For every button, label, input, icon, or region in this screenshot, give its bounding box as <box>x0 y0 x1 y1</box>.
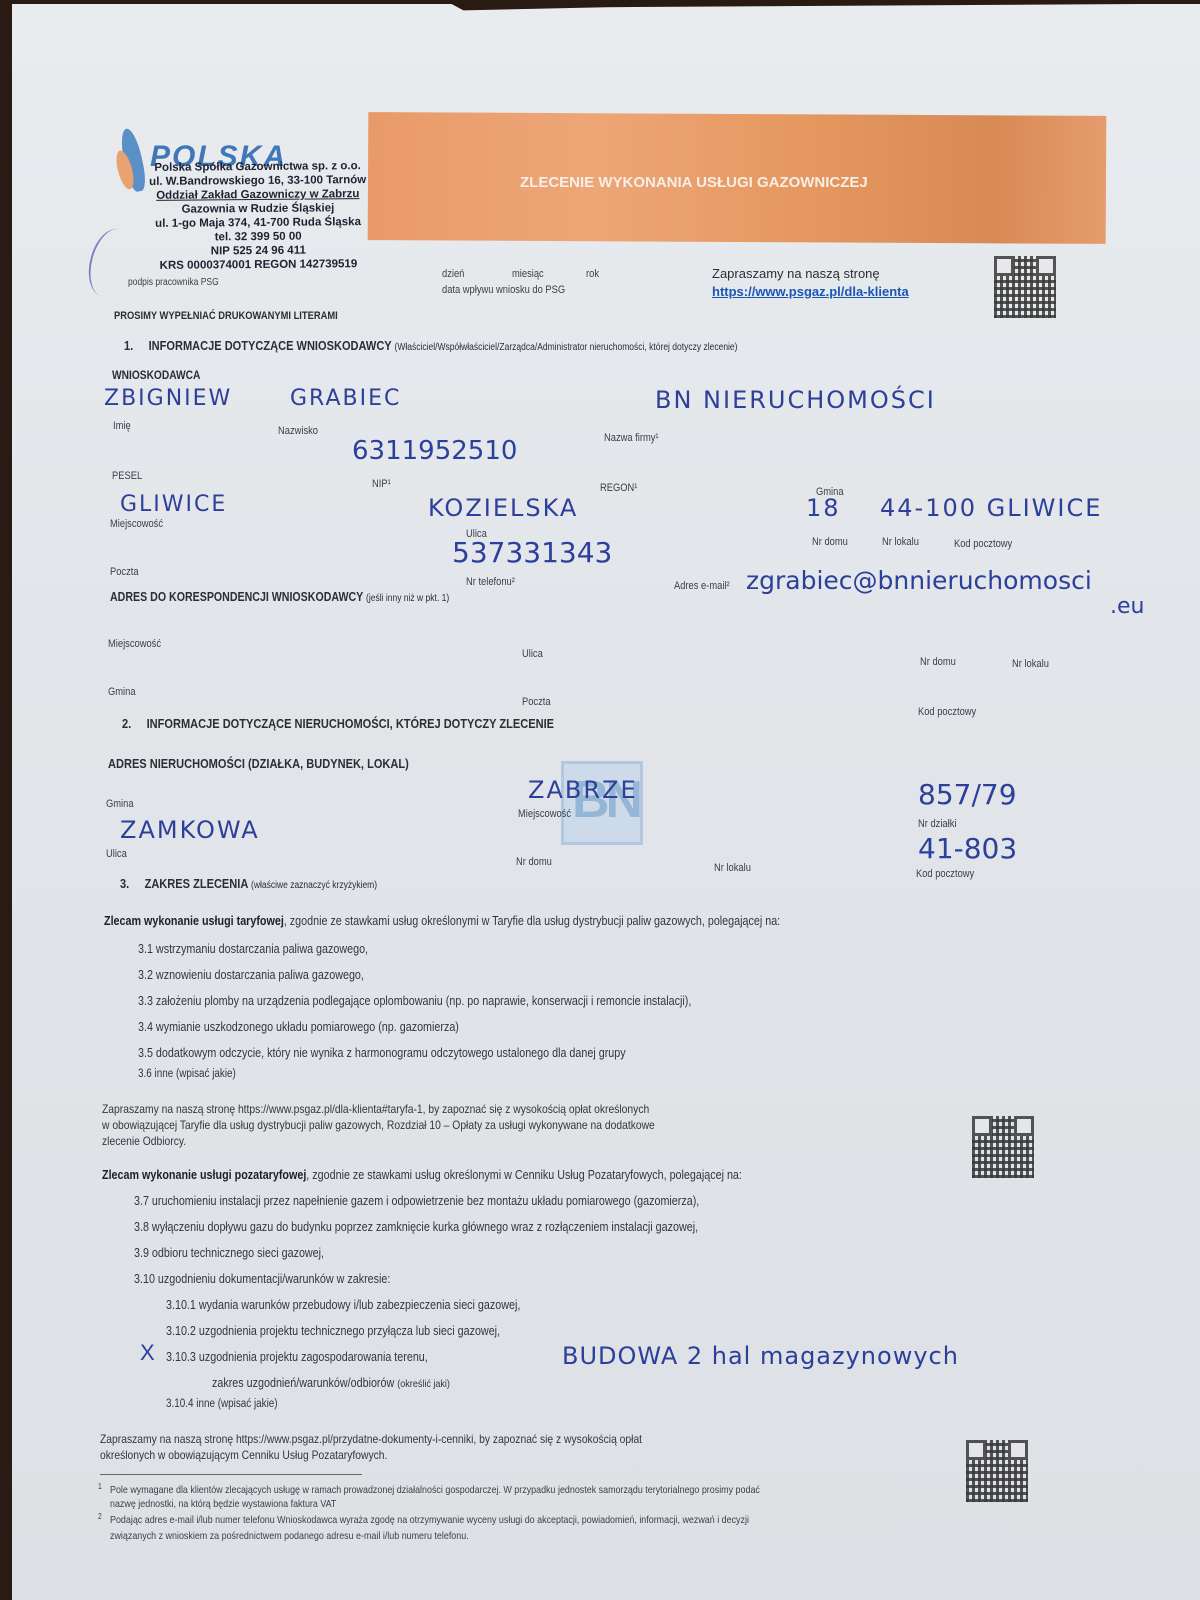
post-office-label: Poczta <box>110 566 139 578</box>
corr-post-office-label: Poczta <box>522 696 551 708</box>
correspondence-note: (jeśli inny niż w pkt. 1) <box>366 593 449 604</box>
footnote-divider <box>100 1474 362 1475</box>
email-value-continued[interactable]: .eu <box>1110 594 1144 619</box>
scope-label: zakres uzgodnień/warunków/odbiorów (okre… <box>212 1376 450 1390</box>
property-address-heading: ADRES NIERUCHOMOŚCI (DZIAŁKA, BUDYNEK, L… <box>108 756 409 771</box>
property-city-label: Miejscowość <box>518 808 571 820</box>
scope-note: (określić jaki) <box>397 1378 450 1390</box>
qr-code-icon[interactable] <box>972 1116 1034 1178</box>
apartment-number-label: Nr lokalu <box>882 536 919 548</box>
tariff-lead: Zlecam wykonanie usługi taryfowej, zgodn… <box>104 914 780 928</box>
tariff-option-3-1[interactable]: 3.1 wstrzymaniu dostarczania paliwa gazo… <box>138 942 368 956</box>
section-title: INFORMACJE DOTYCZĄCE NIERUCHOMOŚCI, KTÓR… <box>147 716 554 731</box>
invite-text: Zapraszamy na naszą stronę <box>712 266 880 281</box>
pesel-label: PESEL <box>112 470 142 482</box>
tariff-option-3-4[interactable]: 3.4 wymianie uszkodzonego układu pomiaro… <box>138 1020 459 1034</box>
stamp-line: Oddział Zakład Gazowniczy w Zabrzu <box>128 187 388 203</box>
footnote-line: nazwę jednostki, na którą będzie wystawi… <box>110 1498 336 1510</box>
corr-house-number-label: Nr domu <box>920 656 956 668</box>
company-name-value[interactable]: BN NIERUCHOMOŚCI <box>655 386 936 414</box>
tariff-option-3-5[interactable]: 3.5 dodatkowym odczycie, który nie wynik… <box>138 1046 626 1060</box>
property-postal-code-value[interactable]: 41-803 <box>918 832 1017 865</box>
footnote-line: Podając adres e-mail i/lub numer telefon… <box>110 1514 749 1526</box>
corr-street-label: Ulica <box>522 648 543 660</box>
section-2-heading: 2. INFORMACJE DOTYCZĄCE NIERUCHOMOŚCI, K… <box>122 716 554 731</box>
section-number: 1. <box>124 338 133 353</box>
non-tariff-option-3-10-1[interactable]: 3.10.1 wydania warunków przebudowy i/lub… <box>166 1298 520 1312</box>
applicant-heading: WNIOSKODAWCA <box>112 368 200 382</box>
date-year-label: rok <box>586 268 599 280</box>
non-tariff-info-line: określonych w obowiązującym Cenniku Usłu… <box>100 1448 387 1462</box>
qr-code-icon[interactable] <box>994 256 1056 318</box>
corr-city-label: Miejscowość <box>108 638 161 650</box>
section-title: INFORMACJE DOTYCZĄCE WNIOSKODAWCY <box>149 338 392 353</box>
property-street-value[interactable]: ZAMKOWA <box>120 816 260 844</box>
footnote-line: związanych z wnioskiem za pośrednictwem … <box>110 1530 469 1542</box>
house-number-value[interactable]: 18 <box>806 494 841 522</box>
phone-label: Nr telefonu² <box>466 576 515 588</box>
non-tariff-option-3-7[interactable]: 3.7 uruchomieniu instalacji przez napełn… <box>134 1194 699 1208</box>
property-postal-code-label: Kod pocztowy <box>916 868 974 880</box>
plot-number-label: Nr działki <box>918 818 956 830</box>
city-value[interactable]: GLIWICE <box>120 492 227 517</box>
nip-value[interactable]: 6311952510 <box>352 436 517 466</box>
email-value[interactable]: zgrabiec@bnnieruchomosci <box>746 566 1092 595</box>
section-number: 2. <box>122 716 131 731</box>
tariff-option-3-6[interactable]: 3.6 inne (wpisać jakie) <box>138 1068 236 1080</box>
non-tariff-option-3-9[interactable]: 3.9 odbioru technicznego sieci gazowej, <box>134 1246 324 1260</box>
non-tariff-info-line: Zapraszamy na naszą stronę https://www.p… <box>100 1432 642 1446</box>
postal-code-label: Kod pocztowy <box>954 538 1012 550</box>
scope-handwritten-value[interactable]: BUDOWA 2 hal magazynowych <box>562 1342 959 1370</box>
section-subtitle: (Właściciel/Współwłaściciel/Zarządca/Adm… <box>395 342 738 353</box>
company-stamp: Polska Spółka Gazownictwa sp. z o.o. ul.… <box>128 159 389 273</box>
last-name-value[interactable]: GRABIEC <box>290 386 401 411</box>
tariff-option-3-2[interactable]: 3.2 wznowieniu dostarczania paliwa gazow… <box>138 968 364 982</box>
property-street-label: Ulica <box>106 848 127 860</box>
date-day-label: dzień <box>442 268 464 280</box>
client-page-link[interactable]: https://www.psgaz.pl/dla-klienta <box>712 284 909 299</box>
company-name-label: Nazwa firmy¹ <box>604 432 659 444</box>
property-apartment-label: Nr lokalu <box>714 862 751 874</box>
non-tariff-lead-bold: Zlecam wykonanie usługi pozataryfowej <box>102 1168 306 1182</box>
phone-value[interactable]: 537331343 <box>452 536 612 569</box>
correspondence-title: ADRES DO KORESPONDENCJI WNIOSKODAWCY <box>110 590 363 604</box>
section-1-heading: 1. INFORMACJE DOTYCZĄCE WNIOSKODAWCY (Wł… <box>124 338 738 353</box>
property-city-value[interactable]: ZABRZE <box>528 776 638 804</box>
tariff-lead-rest: , zgodnie ze stawkami usług określonymi … <box>284 914 780 928</box>
section-3-heading: 3. ZAKRES ZLECENIA (właściwe zaznaczyć k… <box>120 876 377 891</box>
correspondence-heading: ADRES DO KORESPONDENCJI WNIOSKODAWCY (je… <box>110 590 449 604</box>
section-number: 3. <box>120 876 129 891</box>
non-tariff-option-3-10-3[interactable]: 3.10.3 uzgodnienia projektu zagospodarow… <box>166 1350 428 1364</box>
first-name-value[interactable]: ZBIGNIEW <box>104 386 232 411</box>
plot-number-value[interactable]: 857/79 <box>918 778 1017 811</box>
footnote-mark: 1 <box>98 1482 102 1491</box>
section-title: ZAKRES ZLECENIA <box>145 876 248 891</box>
tariff-option-3-3[interactable]: 3.3 założeniu plomby na urządzenia podle… <box>138 994 691 1008</box>
footnote-line: Pole wymagane dla klientów zlecających u… <box>110 1484 760 1496</box>
non-tariff-option-3-10[interactable]: 3.10 uzgodnieniu dokumentacji/warunków w… <box>134 1272 390 1286</box>
non-tariff-option-3-8[interactable]: 3.8 wyłączeniu dopływu gazu do budynku p… <box>134 1220 698 1234</box>
stamp-line: KRS 0000374001 REGON 142739519 <box>128 257 388 273</box>
scope-label-text: zakres uzgodnień/warunków/odbiorów <box>212 1376 394 1390</box>
property-house-number-label: Nr domu <box>516 856 552 868</box>
qr-code-icon[interactable] <box>966 1440 1028 1502</box>
non-tariff-option-3-10-2[interactable]: 3.10.2 uzgodnienia projektu technicznego… <box>166 1324 500 1338</box>
street-value[interactable]: KOZIELSKA <box>428 494 578 522</box>
corr-postal-code-label: Kod pocztowy <box>918 706 976 718</box>
non-tariff-lead-rest: , zgodnie ze stawkami usług określonymi … <box>306 1168 742 1182</box>
tariff-info-line: Zapraszamy na naszą stronę https://www.p… <box>102 1102 649 1116</box>
property-gmina-label: Gmina <box>106 798 134 810</box>
tariff-lead-bold: Zlecam wykonanie usługi taryfowej <box>104 914 284 928</box>
house-number-label: Nr domu <box>812 536 848 548</box>
nip-label: NIP¹ <box>372 478 391 490</box>
fill-instruction: PROSIMY WYPEŁNIAĆ DRUKOWANYMI LITERAMI <box>114 310 338 322</box>
city-label: Miejscowość <box>110 518 163 530</box>
date-received-caption: data wpływu wniosku do PSG <box>442 284 565 296</box>
signature-caption: podpis pracownika PSG <box>128 277 219 288</box>
tariff-info-line: zlecenie Odbiorcy. <box>102 1134 186 1148</box>
regon-label: REGON¹ <box>600 482 637 494</box>
form-title: ZLECENIE WYKONANIA USŁUGI GAZOWNICZEJ <box>520 174 868 191</box>
non-tariff-lead: Zlecam wykonanie usługi pozataryfowej, z… <box>102 1168 742 1182</box>
tariff-info-line: w obowiązującej Taryfie dla usług dystry… <box>102 1118 655 1132</box>
first-name-label: Imię <box>113 420 131 432</box>
checked-x-mark[interactable]: X <box>140 1340 155 1366</box>
non-tariff-option-3-10-4[interactable]: 3.10.4 inne (wpisać jakie) <box>166 1398 278 1410</box>
stamp-line: ul. 1-go Maja 374, 41-700 Ruda Śląska <box>128 215 388 231</box>
email-label: Adres e-mail² <box>674 580 730 592</box>
section-note: (właściwe zaznaczyć krzyżykiem) <box>251 880 377 891</box>
corr-gmina-label: Gmina <box>108 686 136 698</box>
last-name-label: Nazwisko <box>278 425 318 437</box>
footnote-mark: 2 <box>98 1512 102 1521</box>
postal-code-value[interactable]: 44-100 GLIWICE <box>880 494 1102 522</box>
corr-apartment-label: Nr lokalu <box>1012 658 1049 670</box>
date-month-label: miesiąc <box>512 268 544 280</box>
